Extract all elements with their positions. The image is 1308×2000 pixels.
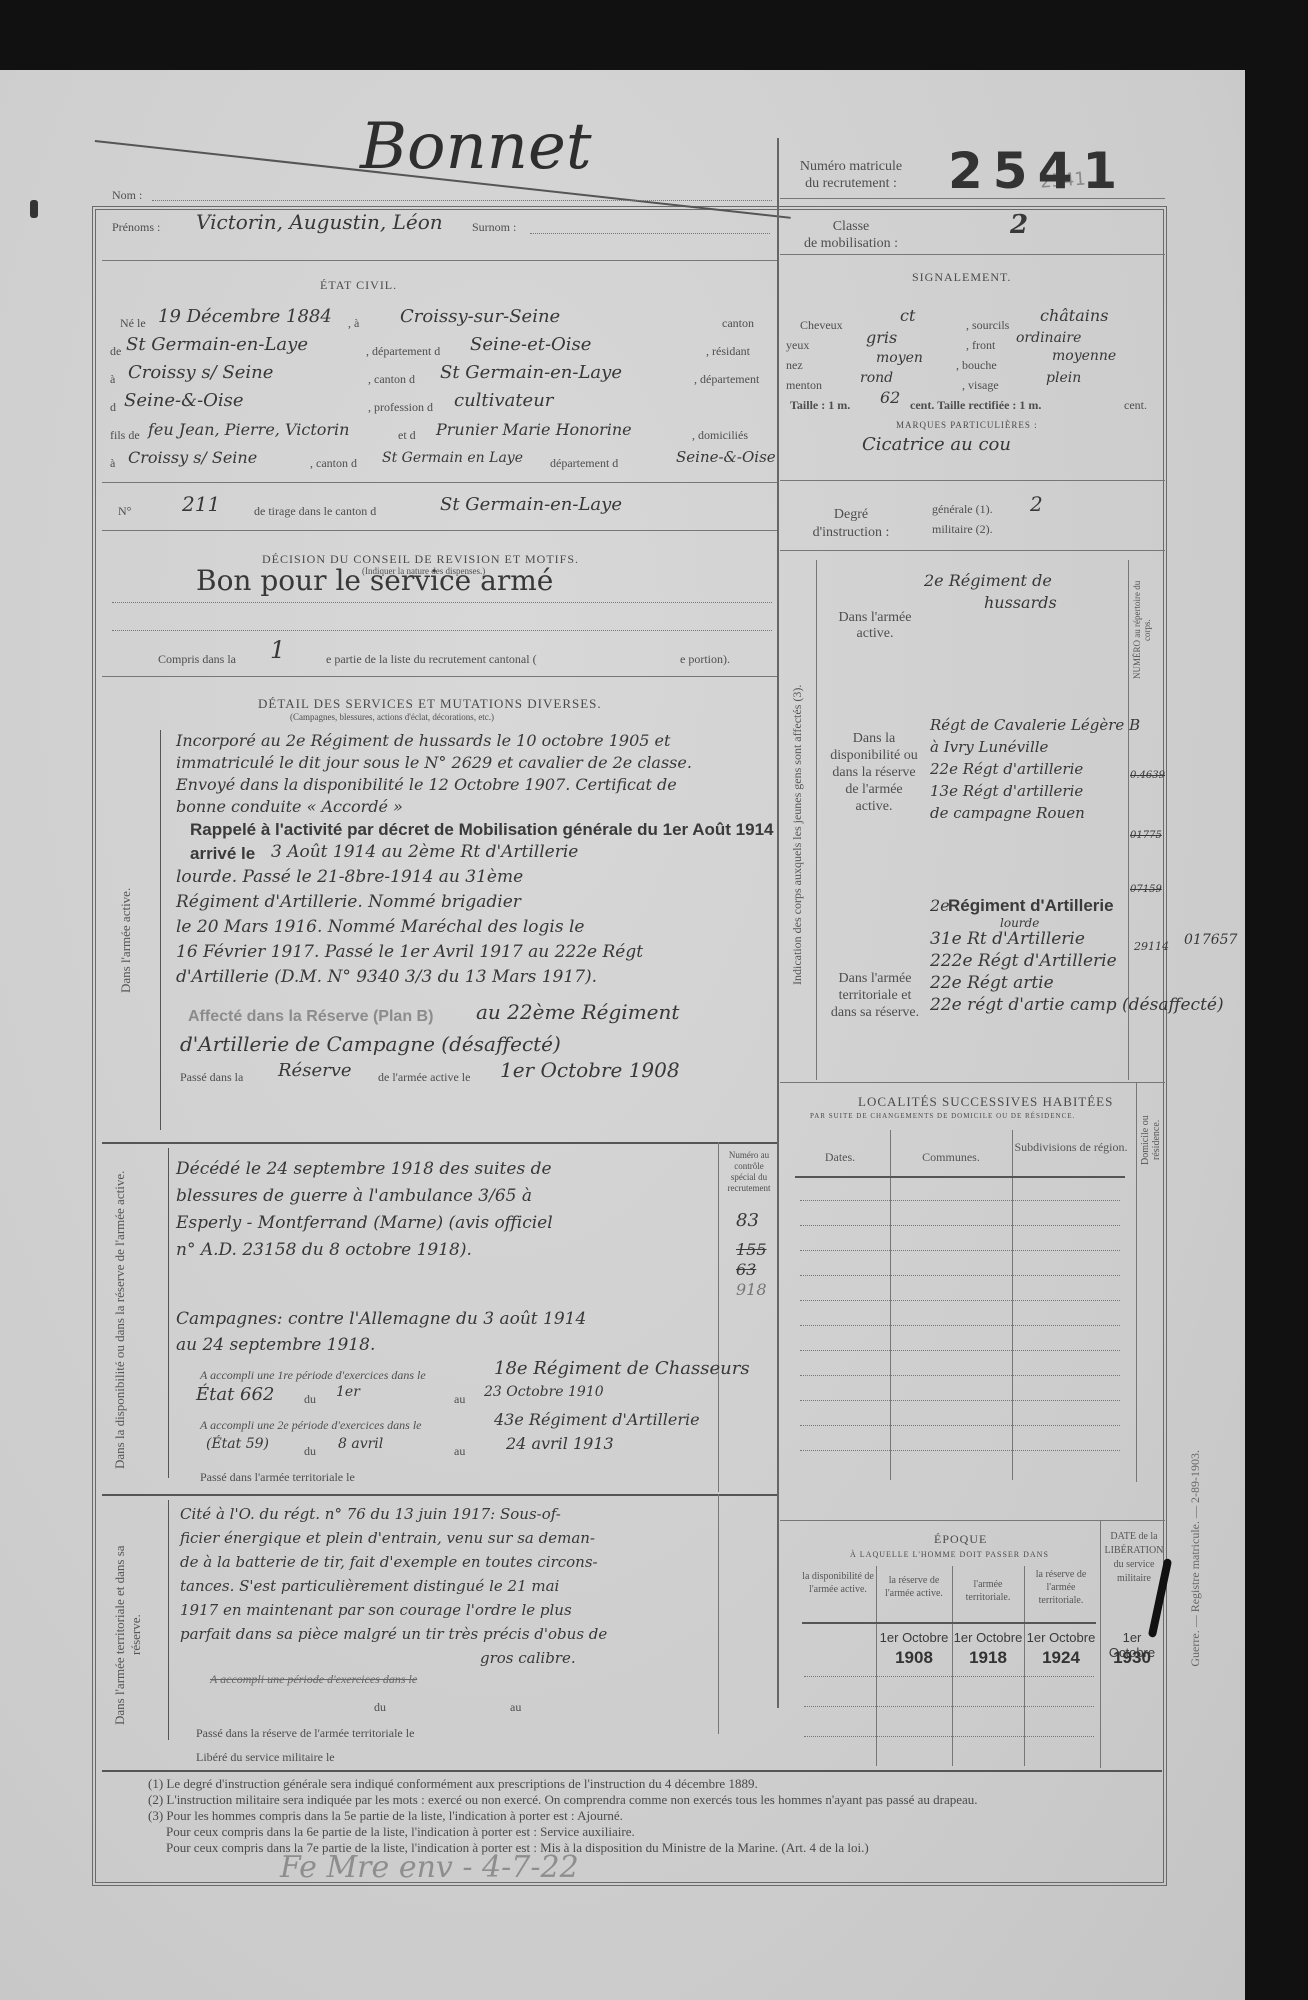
epoque-date: 1er Octobre [1024, 1630, 1098, 1645]
epoque-col-header: la réserve de l'armée active. [876, 1574, 952, 1600]
col-header-communes: Communes. [890, 1150, 1012, 1165]
corps-entry: 22e régt d'artie camp (désaffecté) [930, 994, 1224, 1016]
row-line [800, 1350, 1120, 1351]
epoque-col-header: la réserve de l'armée territoriale. [1024, 1568, 1098, 1607]
corps-entry: de campagne Rouen [930, 802, 1140, 824]
passe-date: 1er Octobre 1908 [500, 1058, 680, 1082]
tirage-no-label: N° [118, 504, 131, 519]
row-line [800, 1275, 1120, 1276]
header-rule [802, 1622, 1096, 1624]
etat-civil-title: ÉTAT CIVIL. [320, 278, 397, 293]
taille-label: Taille : 1 m. [790, 398, 850, 413]
compris-rest: e partie de la liste du recrutement cant… [326, 652, 537, 667]
periode1-du-label: du [304, 1392, 316, 1407]
periode-label: A accompli une période d'exercices dans … [210, 1672, 417, 1687]
matricule-value: 2541 [948, 142, 1127, 200]
col-header-dates: Dates. [790, 1150, 890, 1165]
divider [102, 260, 777, 261]
localites-subtitle: PAR SUITE DE CHANGEMENTS DE DOMICILE OU … [810, 1112, 1075, 1120]
footnotes: (1) Le degré d'instruction générale sera… [148, 1776, 1158, 1856]
corps-terr-entries: 31e Rt d'Artillerie 222e Régt d'Artiller… [930, 928, 1224, 1016]
resident-a: à [110, 372, 115, 387]
citation-line: ficier énergique et plein d'entrain, ven… [180, 1526, 720, 1550]
affecte-hand: au 22ème Régiment [476, 1000, 679, 1024]
divider [102, 482, 777, 483]
col-divider [1012, 1130, 1013, 1480]
periode1-au: 23 Octobre 1910 [484, 1384, 604, 1400]
dom-dep-value: Seine-&-Oise [676, 448, 776, 466]
corps-active-label: Dans l'armée active. [830, 610, 920, 642]
resident-dep-de: d [110, 400, 116, 415]
dom-canton-value: St Germain en Laye [382, 450, 523, 466]
service-line: Envoyé dans la disponibilité le 12 Octob… [176, 774, 776, 796]
degre-label-2: d'instruction : [806, 524, 896, 542]
affecte-stamp: Affecté dans la Réserve (Plan B) [188, 1008, 433, 1026]
periode2-au-label: au [454, 1444, 465, 1459]
side-label-territoriale: Dans l'armée territoriale et dans sa rés… [112, 1530, 144, 1740]
liberation-header: DATE de la LIBÉRATION du service militai… [1104, 1530, 1164, 1586]
corps-entry: 2e Régiment de [924, 570, 1057, 592]
corps-terr-label: Dans l'armée territoriale et dans sa rés… [830, 970, 920, 1021]
corps-dispo-entries: Régt de Cavalerie Légère B à Ivry Lunévi… [930, 714, 1140, 824]
dispo-stamp: Régiment d'Artillerie [948, 896, 1114, 916]
service-line: d'Artillerie (D.M. N° 9340 3/3 du 13 Mar… [176, 965, 776, 990]
corps-entry: 22e Régt artie [930, 972, 1224, 994]
localites-side-divider [1136, 1082, 1137, 1482]
taille-cent: cent. [1124, 398, 1147, 413]
dom-value: Croissy s/ Seine [128, 448, 257, 467]
militaire-label: militaire (2). [932, 522, 993, 537]
divider [102, 1770, 1162, 1772]
mother-name: Prunier Marie Honorine [436, 420, 632, 439]
section-bracket [168, 1500, 169, 1740]
canton-de-label: de [110, 344, 121, 359]
side-label-dispo: Dans la disponibilité ou dans la réserve… [112, 1170, 128, 1470]
corps-number: 29114 [1134, 940, 1169, 953]
resident-value: Croissy s/ Seine [128, 362, 273, 383]
periode2-etat: (État 59) [206, 1436, 269, 1452]
epoque-date: 1er Octobre [876, 1630, 952, 1645]
numero-header: NUMÉRO au répertoire du corps. [1132, 570, 1152, 690]
libere-label: Libéré du service militaire le [196, 1750, 335, 1765]
tirage-no: 211 [182, 492, 220, 516]
nez-label: nez [786, 358, 803, 373]
citation-line: gros calibre. [180, 1646, 720, 1670]
section-bracket [160, 730, 161, 1130]
divider [102, 530, 777, 531]
resident-dep-value: Seine-&-Oise [124, 390, 244, 411]
localites-title: LOCALITÉS SUCCESSIVES HABITÉES [858, 1094, 1113, 1110]
front-value: ordinaire [1016, 330, 1081, 346]
deces-line: blessures de guerre à l'ambulance 3/65 à [176, 1183, 716, 1210]
tirage-canton: St Germain-en-Laye [440, 494, 622, 515]
dispo-stamp-prefix: 2e [930, 896, 950, 915]
resident-label: , résidant [706, 344, 750, 359]
services-subtitle: (Campagnes, blessures, actions d'éclat, … [290, 712, 494, 722]
ne-le-label: Né le [120, 316, 146, 331]
tirage-label: de tirage dans le canton d [254, 504, 376, 519]
bouche-value: moyenne [1052, 348, 1116, 364]
father-name: feu Jean, Pierre, Victorin [148, 420, 349, 439]
side-label-active: Dans l'armée active. [118, 830, 134, 1050]
corps-entry: 13e Régt d'artillerie [930, 780, 1140, 802]
section-bracket [168, 1148, 169, 1478]
row-line [804, 1736, 1094, 1737]
col-header-subdivisions: Subdivisions de région. [1012, 1140, 1130, 1155]
epoque-col-header: l'armée territoriale. [952, 1578, 1024, 1604]
prenoms-label: Prénoms : [112, 220, 160, 235]
col-divider [890, 1130, 891, 1480]
prenoms-value: Victorin, Augustin, Léon [196, 210, 443, 234]
nom-line [152, 200, 772, 201]
row-line [800, 1250, 1120, 1251]
fils-label: fils de [110, 428, 140, 443]
periode1-value: 18e Régiment de Chasseurs [494, 1358, 750, 1379]
row-line [800, 1375, 1120, 1376]
resident-dep-label: , département [694, 372, 759, 387]
marques-value: Cicatrice au cou [862, 434, 1011, 455]
corps-entry: Régt de Cavalerie Légère B [930, 714, 1140, 736]
services-title: DÉTAIL DES SERVICES ET MUTATIONS DIVERSE… [258, 696, 602, 712]
decision-value: Bon pour le service armé [196, 564, 553, 597]
service-line: 3 Août 1914 au 2ème Rt d'Artillerie [176, 840, 776, 865]
passe-label: Passé dans la [180, 1070, 243, 1085]
divider [780, 198, 1165, 199]
dom-a: à [110, 456, 115, 471]
a-label: , à [348, 316, 359, 331]
compris-label: Compris dans la [158, 652, 236, 667]
menton-label: menton [786, 378, 822, 393]
resident-canton-label: , canton d [368, 372, 415, 387]
epoque-date: 1er Octobre [952, 1630, 1024, 1645]
matricule-label-2: du recrutement : [786, 175, 916, 192]
domicilies-label: , domiciliés [692, 428, 748, 443]
classe-label-1: Classe [786, 218, 916, 235]
citation-line: Cité à l'O. du régt. n° 76 du 13 juin 19… [180, 1502, 720, 1526]
controle-header: Numéro au contrôle spécial du recrutemen… [722, 1150, 776, 1194]
canton-label: canton [722, 316, 754, 331]
services-entries: Incorporé au 2e Régiment de hussards le … [176, 730, 776, 818]
row-line [800, 1225, 1120, 1226]
epoque-table: la disponibilité de l'armée active. la r… [800, 1566, 1098, 1766]
surnom-label: Surnom : [472, 220, 516, 235]
visage-value: plein [1046, 370, 1081, 386]
citation-line: parfait dans sa pièce malgré un tir très… [180, 1622, 720, 1646]
service-line: Régiment d'Artillerie. Nommé brigadier [176, 890, 776, 915]
periode1-au-label: au [454, 1392, 465, 1407]
cheveux-label: Cheveux [800, 318, 843, 333]
rappel-stamp: Rappelé à l'activité par décret de Mobil… [190, 820, 774, 840]
header-rule [795, 1176, 1125, 1178]
footnote: Pour ceux compris dans la 6e partie de l… [148, 1824, 1158, 1840]
nom-label: Nom : [112, 188, 142, 203]
divider [102, 1142, 777, 1144]
citation-line: 1917 en maintenant par son courage l'ord… [180, 1598, 720, 1622]
reserve-label: Passé dans la réserve de l'armée territo… [196, 1726, 414, 1741]
dom-dep-label: département d [550, 456, 618, 471]
passe-mid: de l'armée active le [378, 1070, 470, 1085]
corps-number: 01775 [1130, 830, 1162, 841]
divider [780, 254, 1165, 255]
periode2-au: 24 avril 1913 [506, 1434, 614, 1453]
yeux-value: gris [866, 328, 897, 347]
classe-value: 2 [1010, 210, 1028, 240]
citation-line: de à la batterie de tir, fait d'exemple … [180, 1550, 720, 1574]
divider [780, 550, 1165, 551]
periode1-du: 1er [336, 1384, 360, 1400]
yeux-label: yeux [786, 338, 809, 353]
periode2-label: A accompli une 2e période d'exercices da… [200, 1418, 422, 1433]
service-line: le 20 Mars 1916. Nommé Maréchal des logi… [176, 915, 776, 940]
taille-rest: cent. Taille rectifiée : 1 m. [910, 398, 1041, 413]
bouche-label: , bouche [956, 358, 997, 373]
mother-label: et d [398, 428, 416, 443]
corps-entry: hussards [924, 592, 1057, 614]
controle-column-divider [718, 1142, 719, 1492]
deces-entry: Décédé le 24 septembre 1918 des suites d… [176, 1156, 716, 1264]
corps-divider [816, 560, 817, 1080]
service-line: lourde. Passé le 21-8bre-1914 au 31ème [176, 865, 776, 890]
footnote: (2) L'instruction militaire sera indiqué… [148, 1792, 1158, 1808]
front-label: , front [966, 338, 995, 353]
row-line [800, 1425, 1120, 1426]
corps-entry: 31e Rt d'Artillerie [930, 928, 1224, 950]
degre-label: Degré d'instruction : [806, 506, 896, 542]
corps-entry: 222e Régt d'Artillerie [930, 950, 1224, 972]
periode1-label: A accompli une 1re période d'exercices d… [200, 1368, 426, 1383]
epoque-year: 1924 [1024, 1648, 1098, 1668]
departement-value: Seine-et-Oise [470, 334, 591, 355]
classe-label: Classe de mobilisation : [786, 218, 916, 252]
matricule-label-1: Numéro matricule [786, 158, 916, 175]
passe-value: Réserve [278, 1060, 352, 1081]
degre-label-1: Degré [806, 506, 896, 524]
service-line: 16 Février 1917. Passé le 1er Avril 1917… [176, 940, 776, 965]
profession-label: , profession d [368, 400, 433, 415]
portion-label: e portion). [680, 652, 730, 667]
campagnes-entry: Campagnes: contre l'Allemagne du 3 août … [176, 1306, 716, 1358]
service-line: immatriculé le dit jour sous le N° 2629 … [176, 752, 776, 774]
controle-value: 63 [736, 1260, 756, 1279]
affecte-hand-2: d'Artillerie de Campagne (désaffecté) [180, 1032, 561, 1056]
matricule-label: Numéro matricule du recrutement : [786, 158, 916, 192]
sourcils-label: , sourcils [966, 318, 1009, 333]
du-label: du [374, 1700, 386, 1715]
departement-label: , département d [366, 344, 440, 359]
classe-label-2: de mobilisation : [786, 235, 916, 252]
controle-value: 83 [736, 1210, 759, 1231]
row-line [800, 1200, 1120, 1201]
citation-entry: Cité à l'O. du régt. n° 76 du 13 juin 19… [180, 1502, 720, 1670]
epoque-col-header: la disponibilité de l'armée active. [800, 1570, 876, 1596]
campagnes-line: Campagnes: contre l'Allemagne du 3 août … [176, 1306, 716, 1332]
service-line: Incorporé au 2e Régiment de hussards le … [176, 730, 776, 752]
periode2-du: 8 avril [338, 1436, 383, 1452]
menton-value: rond [860, 370, 893, 386]
row-line [800, 1325, 1120, 1326]
compris-value: 1 [270, 636, 285, 664]
periode2-du-label: du [304, 1444, 316, 1459]
form-printer-note: Guerre. — Registre matricule. — 2-89-190… [1188, 1450, 1203, 1667]
footnote: (1) Le degré d'instruction générale sera… [148, 1776, 1158, 1792]
corps-number: 07159 [1130, 884, 1162, 895]
divider [780, 480, 1165, 481]
epoque-title: ÉPOQUE [934, 1532, 987, 1547]
corps-number: 017657 [1184, 932, 1237, 948]
bottom-handwritten-note: Fe Mre env - 4-7-22 [280, 1850, 579, 1885]
corps-entry: à Ivry Lunéville [930, 736, 1140, 758]
surnom-line [530, 233, 770, 234]
divider [780, 1520, 1165, 1521]
corps-side-label: Indication des corps auxquels les jeunes… [790, 600, 805, 1070]
deces-line: Esperly - Montferrand (Marne) (avis offi… [176, 1210, 716, 1237]
epoque-subtitle: À LAQUELLE L'HOMME DOIT PASSER DANS [850, 1550, 1049, 1559]
resident-canton-value: St Germain-en-Laye [440, 362, 622, 383]
column-divider [777, 138, 779, 1708]
birthplace: Croissy-sur-Seine [400, 306, 560, 327]
margin-mark [30, 200, 38, 218]
marques-title: MARQUES PARTICULIÈRES : [896, 420, 1038, 430]
periode1-etat: État 662 [196, 1384, 274, 1405]
corps-entry: 22e Régt d'artillerie [930, 758, 1140, 780]
sourcils-value: châtains [1040, 306, 1108, 325]
register-page: 2541 Bonnet Nom : Prénoms : Victorin, Au… [0, 70, 1245, 2000]
epoque-year: 1918 [952, 1648, 1024, 1668]
deces-line: n° A.D. 23158 du 8 octobre 1918). [176, 1237, 716, 1264]
row-line [800, 1450, 1120, 1451]
profession-value: cultivateur [454, 390, 553, 411]
localites-table: Dates. Communes. Subdivisions de région. [790, 1130, 1130, 1480]
canton-value: St Germain-en-Laye [126, 334, 308, 355]
row-line [804, 1676, 1094, 1677]
taille-value: 62 [880, 388, 900, 407]
au-label: au [510, 1700, 521, 1715]
decision-line [112, 602, 772, 603]
campagnes-line: au 24 septembre 1918. [176, 1332, 716, 1358]
row-line [800, 1300, 1120, 1301]
visage-label: , visage [962, 378, 999, 393]
signalement-title: SIGNALEMENT. [912, 270, 1011, 285]
service-line: bonne conduite « Accordé » [176, 796, 776, 818]
divider [780, 1082, 1165, 1083]
services-entries-2: 3 Août 1914 au 2ème Rt d'Artillerie lour… [176, 840, 776, 990]
nez-value: moyen [876, 350, 923, 366]
controle-value: 155 [736, 1240, 767, 1259]
footnote: (3) Pour les hommes compris dans la 5e p… [148, 1808, 1158, 1824]
generale-value: 2 [1030, 492, 1043, 516]
corps-number: 0.4639 [1130, 770, 1165, 781]
cheveux-value: ct [900, 306, 915, 325]
periode2-value: 43e Régiment d'Artillerie [494, 1410, 700, 1429]
corps-active-entries: 2e Régiment de hussards [924, 570, 1057, 614]
generale-label: générale (1). [932, 502, 993, 517]
dom-canton-label: , canton d [310, 456, 357, 471]
epoque-year: 1908 [876, 1648, 952, 1668]
controle-value: 918 [736, 1280, 767, 1299]
divider [102, 676, 777, 677]
row-line [804, 1706, 1094, 1707]
decision-line [112, 630, 772, 631]
deces-line: Décédé le 24 septembre 1918 des suites d… [176, 1156, 716, 1183]
liberation-year: 1930 [1100, 1648, 1164, 1668]
divider [102, 1494, 777, 1496]
localites-side-label: Domicile ou résidence. [1140, 1100, 1162, 1180]
corps-dispo-label: Dans la disponibilité ou dans la réserve… [826, 730, 922, 815]
birth-date: 19 Décembre 1884 [158, 306, 332, 327]
row-line [800, 1400, 1120, 1401]
citation-line: tances. S'est particulièrement distingué… [180, 1574, 720, 1598]
territoriale-label: Passé dans l'armée territoriale le [200, 1470, 355, 1485]
